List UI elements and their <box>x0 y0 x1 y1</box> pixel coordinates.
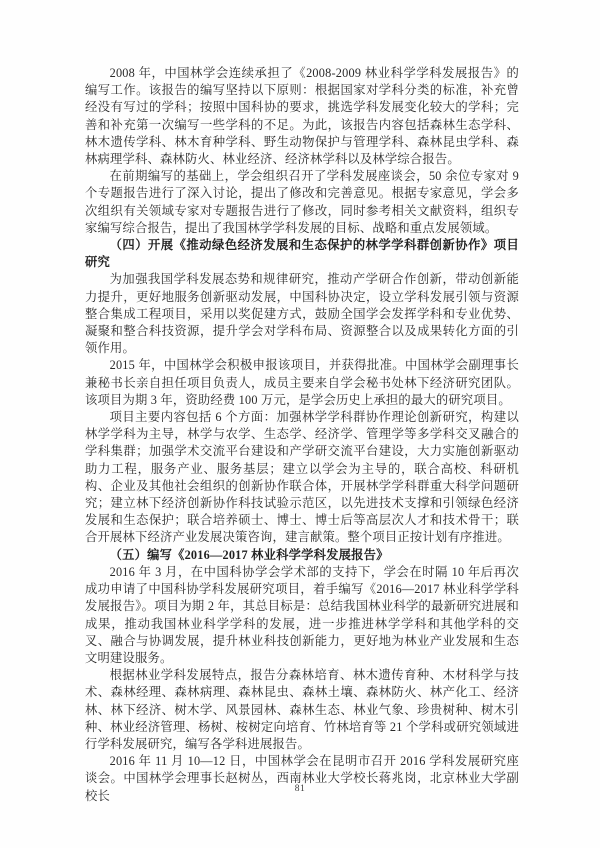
body-paragraph: 2015 年，中国林学会积极申报该项目，并获得批准。中国林学会副理事长兼秘书长亲… <box>85 357 519 409</box>
body-paragraph: 项目主要内容包括 6 个方面：加强林学学科群协作理论创新研究，构建以林学学科为主… <box>85 409 519 547</box>
body-paragraph: 根据林业学科发展特点，报告分森林培育、林木遗传育种、木材科学与技术、森林经理、森… <box>85 667 519 753</box>
body-paragraph: 2008 年，中国林学会连续承担了《2008-2009 林业科学学科发展报告》的… <box>85 65 519 168</box>
page-number: 81 <box>0 784 600 794</box>
body-paragraph: 2016 年 3 月，在中国科协学会学术部的支持下，学会在时隔 10 年后再次成… <box>85 564 519 667</box>
document-page: 2008 年，中国林学会连续承担了《2008-2009 林业科学学科发展报告》的… <box>0 0 600 848</box>
section-heading-5: （五）编写《2016—2017 林业科学学科发展报告》 <box>85 547 519 564</box>
body-paragraph: 为加强我国学科发展态势和规律研究，推动产学研合作创新，带动创新能力提升，更好地服… <box>85 271 519 357</box>
body-paragraph: 在前期编写的基础上，学会组织召开了学科发展座谈会，50 余位专家对 9 个专题报… <box>85 168 519 237</box>
body-paragraph: 2016 年 11 月 10—12 日，中国林学会在昆明市召开 2016 学科发… <box>85 753 519 805</box>
section-heading-4: （四）开展《推动绿色经济发展和生态保护的林学学科群创新协作》项目研究 <box>85 237 519 271</box>
page-content: 2008 年，中国林学会连续承担了《2008-2009 林业科学学科发展报告》的… <box>85 65 519 805</box>
